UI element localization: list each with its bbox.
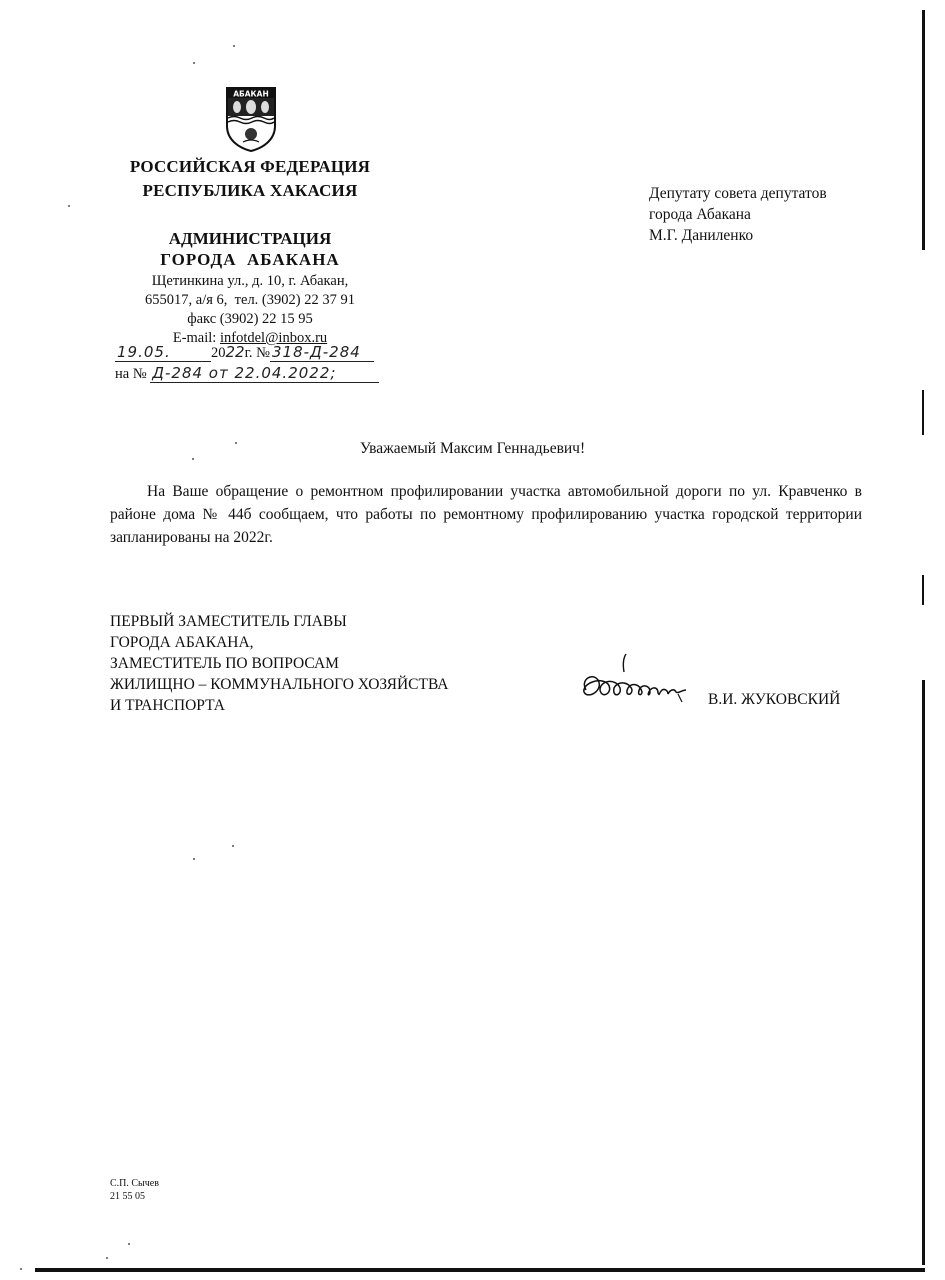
year-letter: г. — [245, 345, 253, 361]
scan-speck — [128, 1243, 130, 1245]
in-reply-number: Д-284 от 22.04.2022; — [150, 364, 379, 383]
executor-name: С.П. Сычев — [110, 1177, 159, 1190]
scan-edge-right — [922, 390, 924, 435]
salutation: Уважаемый Максим Геннадьевич! — [0, 440, 945, 458]
scan-speck — [193, 858, 195, 860]
signatory-title: ПЕРВЫЙ ЗАМЕСТИТЕЛЬ ГЛАВЫ ГОРОДА АБАКАНА,… — [110, 611, 449, 716]
scan-speck — [106, 1257, 108, 1259]
country-name: РОССИЙСКАЯ ФЕДЕРАЦИЯ — [105, 157, 395, 177]
outgoing-date: 19.05. — [115, 343, 211, 362]
svg-text:АБАКАН: АБАКАН — [233, 90, 269, 99]
organization-name-line1: АДМИНИСТРАЦИЯ — [105, 229, 395, 249]
scan-speck — [232, 845, 234, 847]
scan-edge-right — [922, 10, 925, 250]
scan-speck — [192, 458, 194, 460]
executor-info: С.П. Сычев 21 55 05 — [110, 1177, 159, 1203]
executor-phone: 21 55 05 — [110, 1190, 159, 1203]
scan-speck — [68, 205, 70, 207]
recipient-line2: города Абакана — [649, 204, 827, 225]
scan-edge-bottom — [35, 1268, 925, 1272]
number-label: № — [256, 345, 270, 361]
signatory-title-line: ГОРОДА АБАКАНА, — [110, 632, 449, 653]
fax-number: факс (3902) 22 15 95 — [105, 310, 395, 329]
scan-speck — [233, 45, 235, 47]
scan-speck — [20, 1268, 22, 1270]
outgoing-reference: 19.05.2022г. №318-Д-284 — [115, 343, 395, 362]
in-reply-label: на № — [115, 366, 147, 382]
abakan-coat-of-arms-icon: АБАКАН — [225, 86, 277, 152]
signatory-title-line: ПЕРВЫЙ ЗАМЕСТИТЕЛЬ ГЛАВЫ — [110, 611, 449, 632]
scan-speck — [193, 62, 195, 64]
signer-name: В.И. ЖУКОВСКИЙ — [708, 691, 840, 709]
year-suffix: 22 — [226, 343, 245, 361]
in-reply-reference: на № Д-284 от 22.04.2022; — [115, 364, 395, 383]
year-prefix: 20 — [211, 345, 226, 361]
address-line2: 655017, а/я 6, тел. (3902) 22 37 91 — [105, 291, 395, 310]
organization-name-line2: ГОРОДА АБАКАНА — [105, 250, 395, 270]
outgoing-number: 318-Д-284 — [270, 343, 374, 362]
scan-edge-right — [922, 575, 924, 605]
address-line1: Щетинкина ул., д. 10, г. Абакан, — [105, 272, 395, 291]
signatory-title-line: ЖИЛИЩНО – КОММУНАЛЬНОГО ХОЗЯЙСТВА — [110, 674, 449, 695]
signatory-title-line: И ТРАНСПОРТА — [110, 695, 449, 716]
handwritten-signature-icon — [578, 650, 693, 710]
republic-name: РЕСПУБЛИКА ХАКАСИЯ — [105, 181, 395, 201]
signatory-title-line: ЗАМЕСТИТЕЛЬ ПО ВОПРОСАМ — [110, 653, 449, 674]
recipient-block: Депутату совета депутатов города Абакана… — [649, 183, 827, 246]
letter-body: На Ваше обращение о ремонтном профилиров… — [110, 480, 862, 549]
recipient-line1: Депутату совета депутатов — [649, 183, 827, 204]
scan-edge-right — [922, 680, 925, 1265]
recipient-name: М.Г. Даниленко — [649, 225, 827, 246]
